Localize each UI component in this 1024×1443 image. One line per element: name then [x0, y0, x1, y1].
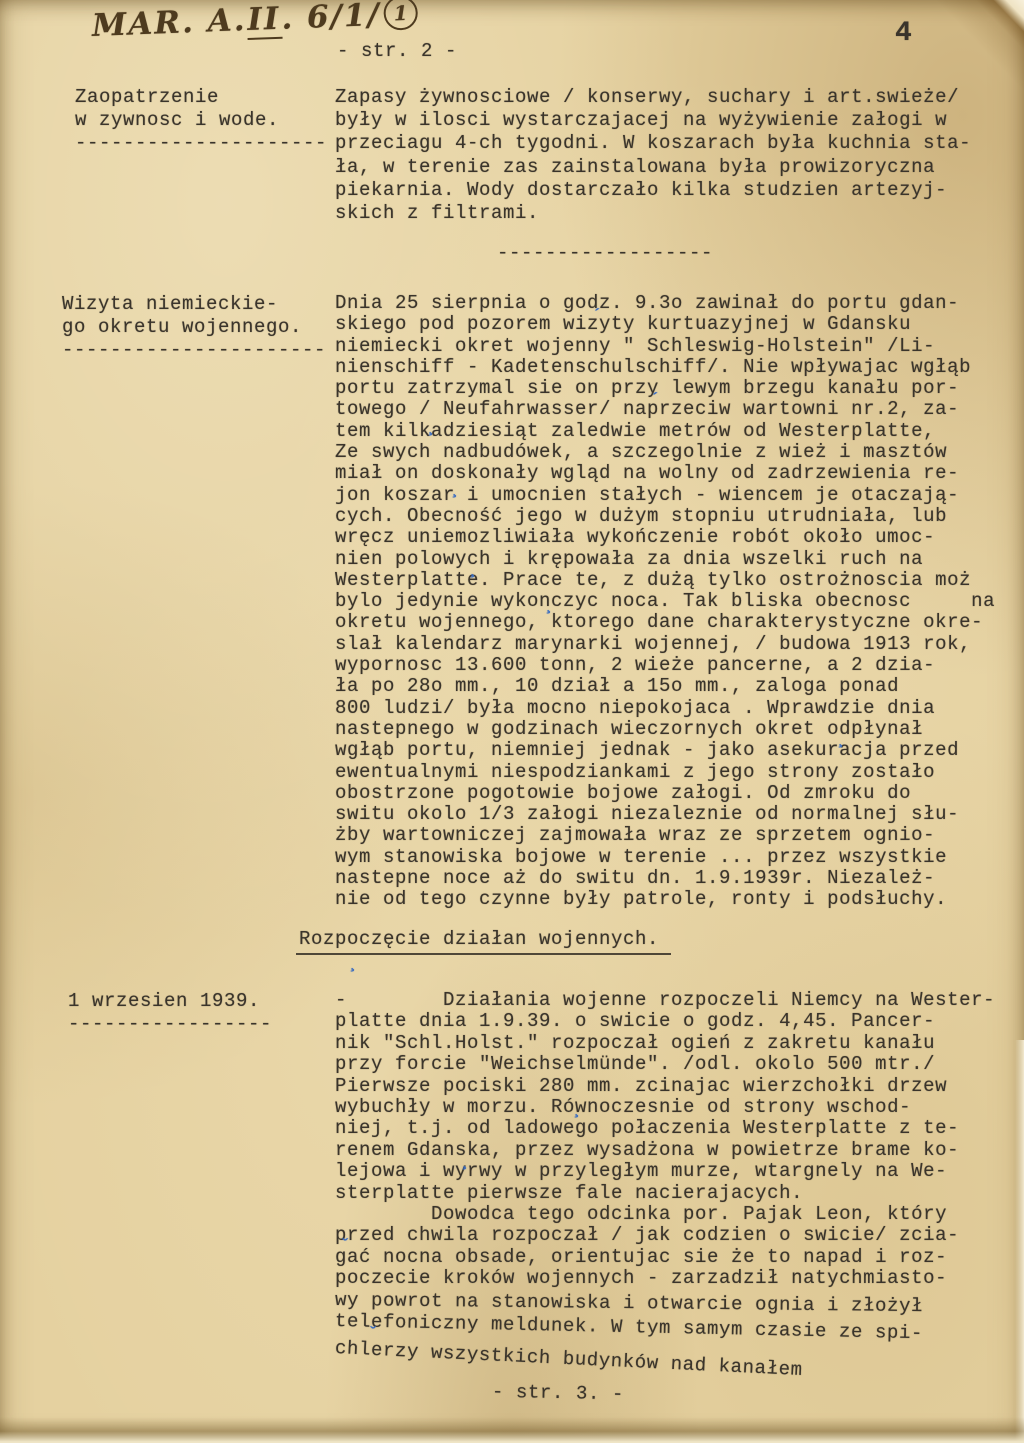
archive-mark-prefix: MAR. A.: [91, 2, 247, 44]
text-line: nienschiff - Kadetenschulschiff/. Nie wp…: [335, 357, 1010, 378]
page-right-edge: [1015, 1040, 1024, 1443]
text-line: skiego pod pozorem wizyty kurtuazyjnej w…: [335, 314, 1010, 335]
text-line: 800 ludzi/ była mocno niepokojaca . Wpra…: [335, 698, 1010, 719]
text-line: nie od tego czynne były patrole, ronty i…: [335, 889, 1010, 910]
text-line: wgłąb portu, niemniej jednak - jako asek…: [335, 740, 1010, 761]
text-line: cych. Obecność jego w dużym stopniu utru…: [335, 506, 1010, 527]
margin-label-warship-visit: Wizyta niemieckie-go okretu wojennego.--…: [62, 293, 326, 362]
text-line: bylo jedynie wykonczyc noca. Tak bliska …: [335, 591, 1010, 612]
text-line: go okretu wojennego.: [62, 316, 326, 339]
text-line: Dowodca tego odcinka por. Pajak Leon, kt…: [335, 1204, 1010, 1225]
text-line: 1 wrzesien 1939.: [68, 990, 272, 1013]
text-line: były w ilosci wystarczajacej na wyżywien…: [335, 109, 1010, 132]
margin-label-date-1939: 1 wrzesien 1939.-----------------: [68, 990, 272, 1036]
text-line: ła po 28o mm., 10 dział a 15o mm., zalog…: [335, 676, 1010, 697]
paragraph-war-operations: - Działania wojenne rozpoczeli Niemcy na…: [335, 990, 1010, 1359]
text-line: Zaopatrzenie: [75, 86, 327, 109]
paragraph-supplies: Zapasy żywnosciowe / konserwy, suchary i…: [335, 86, 1010, 225]
text-line: niej, t.j. od ladowego połaczenia Wester…: [335, 1118, 1010, 1139]
text-line: Zapasy żywnosciowe / konserwy, suchary i…: [335, 86, 1010, 109]
text-line: chlerzy wszystkich budynków nad kanałem: [334, 1338, 1009, 1391]
section-heading-war-operations: Rozpoczęcie działan wojennych.: [296, 928, 671, 955]
text-line: nastepnego w godzinach wieczornych okret…: [335, 719, 1010, 740]
blue-ink-mark: ˇ: [368, 1326, 378, 1343]
text-line: przeciagu 4-ch tygodni. W koszarach była…: [335, 132, 1010, 155]
text-line: okretu wojennego, ktorego dane charakter…: [335, 612, 1010, 633]
blue-ink-mark: ¸: [838, 732, 848, 749]
text-line: przy forcie "Weichselmünde". /odl. okolo…: [335, 1054, 1010, 1075]
blue-ink-mark: ¸: [452, 482, 462, 499]
archive-mark-suffix: . 6/1/: [281, 0, 382, 37]
section-separator-dashes: ------------------: [497, 242, 713, 264]
text-line: sterplatte pierwsze fale nacierajacych.: [335, 1183, 1010, 1204]
archive-mark-circled-number: 1: [383, 0, 418, 31]
text-line: Ze swych nadbudówek, a szczegolnie z wie…: [335, 442, 1010, 463]
text-line: żby wartowniczej zajmowała wraz ze sprze…: [335, 825, 1010, 846]
text-line: Wizyta niemieckie-: [62, 293, 326, 316]
text-line: ----------------------: [62, 339, 326, 362]
text-line: wypornosc 13.600 tonn, 2 wieże pancerne,…: [335, 655, 1010, 676]
blue-ink-mark: ¸: [470, 562, 480, 579]
margin-label-supplies: Zaopatrzeniew zywnosc i wode.-----------…: [75, 86, 327, 155]
blue-ink-mark: ¸: [546, 598, 556, 615]
blue-ink-mark: ¸: [350, 956, 360, 973]
page-bottom-edge: [0, 1417, 1024, 1443]
blue-ink-mark: ˇ: [340, 1238, 350, 1255]
text-line: wręcz uniemozliwiała wykończenie robót o…: [335, 527, 1010, 548]
blue-ink-mark: ¸: [574, 1102, 584, 1119]
text-line: platte dnia 1.9.39. o swicie o godz. 4,4…: [335, 1011, 1010, 1032]
text-line: przed chwila rozpoczał / jak codzien o s…: [335, 1225, 1010, 1246]
text-line: nien polowych i krępowała za dnia wszelk…: [335, 549, 1010, 570]
text-line: nastepne noce aż do switu dn. 1.9.1939r.…: [335, 868, 1010, 889]
text-line: ---------------------: [75, 132, 327, 155]
text-line: slał kalendarz marynarki wojennej, / bud…: [335, 634, 1010, 655]
text-line: Pierwsze pociski 280 mm. zcinajac wierzc…: [335, 1076, 1010, 1097]
text-line: lejowa i wyrwy w przyległym murze, wtarg…: [335, 1161, 1010, 1182]
page-footer-label: - str. 3. -: [492, 1381, 624, 1406]
text-line: niemiecki okret wojenny " Schleswig-Hols…: [335, 336, 1010, 357]
text-line: nik "Schl.Holst." rozpoczał ogień z zakr…: [335, 1033, 1010, 1054]
text-line: portu zatrzymal sie on przy lewym brzegu…: [335, 378, 1010, 399]
text-line: poczecie kroków wojennych - zarzadził na…: [335, 1268, 1010, 1289]
text-line: obostrzone pogotowie bojowe załogi. Od z…: [335, 783, 1010, 804]
blue-ink-mark: ´: [592, 308, 602, 325]
text-line: w zywnosc i wode.: [75, 109, 327, 132]
text-line: switu okolo 1/3 załogi niezaleznie od no…: [335, 804, 1010, 825]
text-line: towego / Neufahrwasser/ naprzeciw wartow…: [335, 399, 1010, 420]
archive-mark-roman-numeral: II: [246, 1, 282, 40]
text-line: jon koszar i umocnien stałych - wiencem …: [335, 485, 1010, 506]
text-line: -----------------: [68, 1013, 272, 1036]
text-line: miał on doskonały wgląd na wolny od zadr…: [335, 463, 1010, 484]
text-line: skich z filtrami.: [335, 202, 1010, 225]
scanned-document-page: MAR. A.II. 6/1/1 - str. 2 - 4 Zaopatrzen…: [0, 0, 1024, 1443]
text-line: ewentualnymi niespodziankami z jego stro…: [335, 762, 1010, 783]
text-line: renem Gdanska, przez wysadżona w powietr…: [335, 1140, 1010, 1161]
blue-ink-mark: ´: [650, 392, 660, 409]
blue-ink-mark: ¸: [428, 420, 438, 437]
page-header-label: - str. 2 -: [337, 40, 457, 62]
text-line: - Działania wojenne rozpoczeli Niemcy na…: [335, 990, 1010, 1011]
text-line: wybuchły w morzu. Równoczesnie od strony…: [335, 1097, 1010, 1118]
text-line: Dnia 25 sierpnia o godz. 9.3o zawinał do…: [335, 293, 1010, 314]
text-line: wym stanowiska bojowe w terenie ... prze…: [335, 847, 1010, 868]
blue-ink-mark: ¸: [462, 1154, 472, 1171]
text-line: Westerplatte. Prace te, z dużą tylko ost…: [335, 570, 1010, 591]
text-line: ła, w terenie zas zainstalowana była pro…: [335, 156, 1010, 179]
text-line: gać nocna obsade, orientujac sie że to n…: [335, 1247, 1010, 1268]
paragraph-warship-visit: Dnia 25 sierpnia o godz. 9.3o zawinał do…: [335, 293, 1010, 911]
page-number: 4: [895, 18, 912, 49]
text-line: piekarnia. Wody dostarczało kilka studzi…: [335, 179, 1010, 202]
